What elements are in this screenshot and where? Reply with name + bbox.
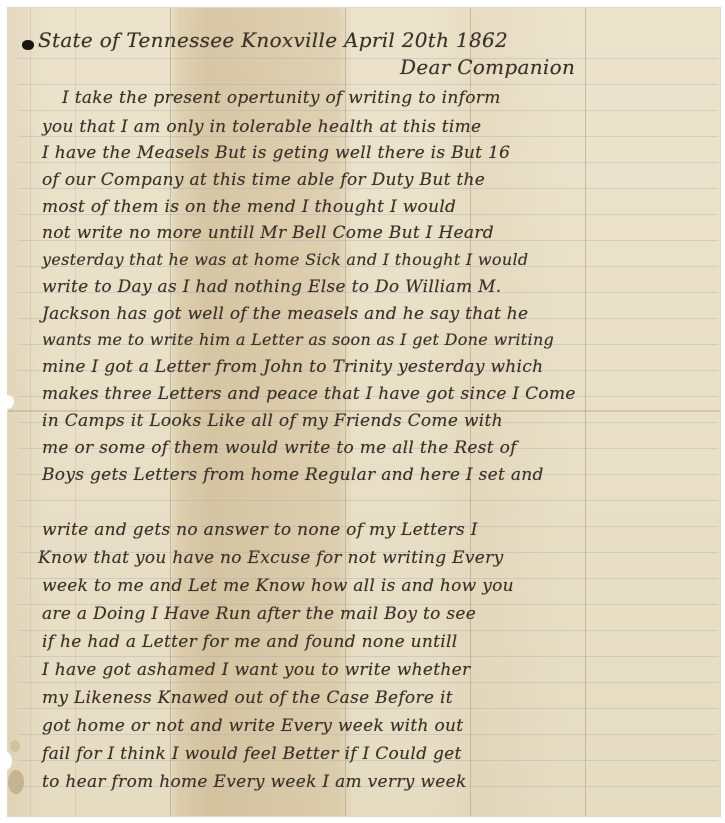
body-line: most of them is on the mend I thought I … [42, 197, 456, 217]
body-line: I take the present opertunity of writing… [62, 88, 501, 108]
body-line: week to me and Let me Know how all is an… [42, 576, 514, 596]
fold-crease [585, 8, 586, 816]
stain [8, 770, 24, 794]
ink-blot [22, 40, 34, 50]
body-line: fail for I think I would feel Better if … [42, 744, 462, 764]
edge-tear [0, 752, 12, 770]
body-line: got home or not and write Every week wit… [42, 716, 463, 736]
body-line: Know that you have no Excuse for not wri… [38, 548, 503, 568]
body-line: I have the Measels But is geting well th… [42, 143, 510, 163]
body-line: mine I got a Letter from John to Trinity… [42, 357, 543, 377]
body-line: Boys gets Letters from home Regular and … [42, 465, 544, 485]
body-line: not write no more untill Mr Bell Come Bu… [42, 223, 494, 243]
body-line: in Camps it Looks Like all of my Friends… [42, 411, 503, 431]
margin-line [30, 8, 31, 816]
place-date: State of Tennessee Knoxville April 20th … [38, 28, 508, 52]
body-line: yesterday that he was at home Sick and I… [42, 250, 528, 269]
body-line: write and gets no answer to none of my L… [42, 520, 478, 540]
body-line: makes three Letters and peace that I hav… [42, 384, 576, 404]
body-line: write to Day as I had nothing Else to Do… [42, 277, 502, 297]
body-line: me or some of them would write to me all… [42, 438, 517, 458]
body-line: my Likeness Knawed out of the Case Befor… [42, 688, 453, 708]
body-line: of our Company at this time able for Dut… [42, 170, 485, 190]
body-line: Jackson has got well of the measels and … [42, 304, 528, 324]
body-line: wants me to write him a Letter as soon a… [42, 330, 554, 349]
body-line: you that I am only in tolerable health a… [42, 117, 481, 137]
salutation: Dear Companion [400, 55, 575, 79]
edge-tear [0, 395, 14, 409]
body-line: to hear from home Every week I am verry … [42, 772, 467, 792]
body-line: if he had a Letter for me and found none… [42, 632, 458, 652]
stain [10, 740, 20, 752]
body-line: are a Doing I Have Run after the mail Bo… [42, 604, 476, 624]
body-line: I have got ashamed I want you to write w… [42, 660, 470, 680]
